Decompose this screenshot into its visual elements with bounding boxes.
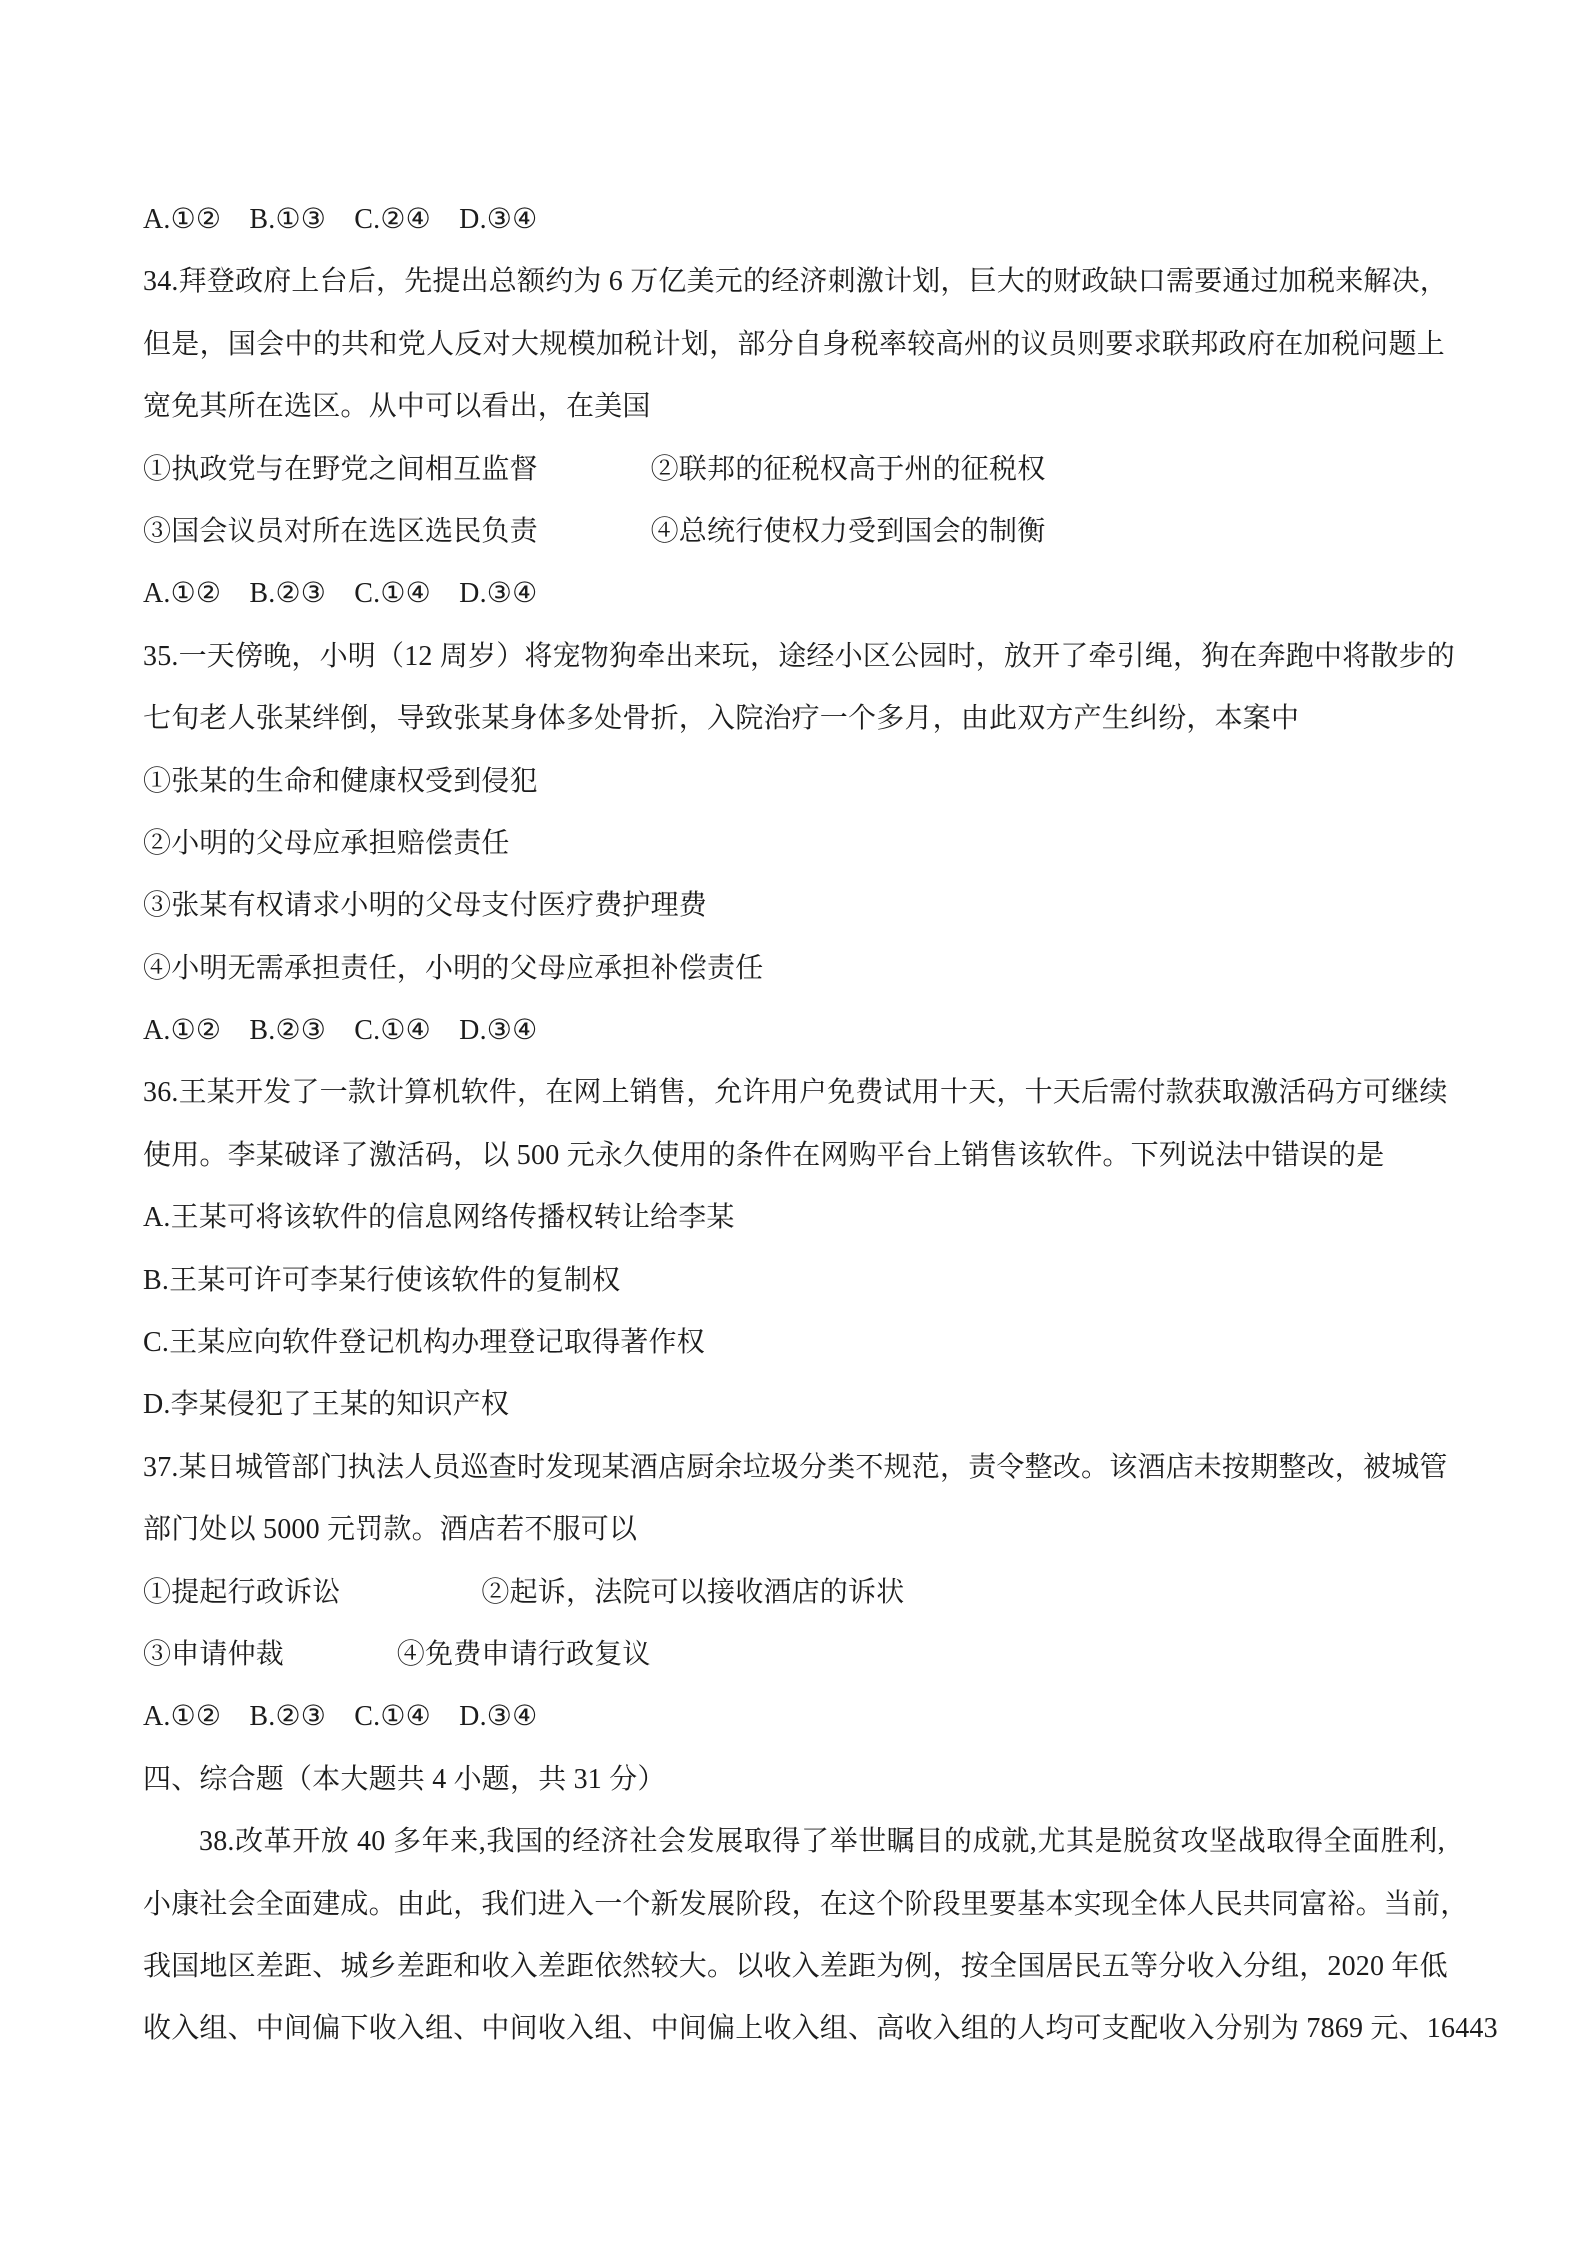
q37-choices-line: A.①② B.②③ C.①④ D.③④ xyxy=(143,1686,1445,1748)
q38-stem-line-4: 收入组、中间偏下收入组、中间收入组、中间偏上收入组、高收入组的人均可支配收入分别… xyxy=(143,1998,1445,2060)
q38-stem-line-2: 小康社会全面建成。由此，我们进入一个新发展阶段，在这个阶段里要基本实现全体人民共… xyxy=(143,1874,1445,1936)
q38-stem-line-3: 我国地区差距、城乡差距和收入差距依然较大。以收入差距为例，按全国居民五等分收入分… xyxy=(143,1936,1445,1998)
q34-choices-line: A.①② B.②③ C.①④ D.③④ xyxy=(143,563,1445,625)
q36-option-d: D.李某侵犯了王某的知识产权 xyxy=(143,1374,1445,1436)
q37-stem-line-1: 37.某日城管部门执法人员巡查时发现某酒店厨余垃圾分类不规范，责令整改。该酒店未… xyxy=(143,1437,1445,1499)
q36-stem-line-1: 36.王某开发了一款计算机软件，在网上销售，允许用户免费试用十天，十天后需付款获… xyxy=(143,1062,1445,1124)
q35-choices-line: A.①② B.②③ C.①④ D.③④ xyxy=(143,1000,1445,1062)
q34-items-3-4: ③国会议员对所在选区选民负责 ④总统行使权力受到国会的制衡 xyxy=(143,501,1445,563)
q38-stem-line-1: 38.改革开放 40 多年来,我国的经济社会发展取得了举世瞩目的成就,尤其是脱贫… xyxy=(143,1811,1445,1873)
q37-items-1-2: ①提起行政诉讼 ②起诉，法院可以接收酒店的诉状 xyxy=(143,1562,1445,1624)
q34-stem-line-2: 但是，国会中的共和党人反对大规模加税计划，部分自身税率较高州的议员则要求联邦政府… xyxy=(143,314,1445,376)
q35-item-1: ①张某的生命和健康权受到侵犯 xyxy=(143,751,1445,813)
q33-choices-line: A.①② B.①③ C.②④ D.③④ xyxy=(143,189,1445,251)
q35-item-4: ④小明无需承担责任，小明的父母应承担补偿责任 xyxy=(143,938,1445,1000)
q37-stem-line-2: 部门处以 5000 元罚款。酒店若不服可以 xyxy=(143,1499,1445,1561)
q36-option-b: B.王某可许可李某行使该软件的复制权 xyxy=(143,1250,1445,1312)
page-content: A.①② B.①③ C.②④ D.③④ 34.拜登政府上台后，先提出总额约为 6… xyxy=(143,189,1445,2061)
section-4-header: 四、综合题（本大题共 4 小题，共 31 分） xyxy=(143,1749,1445,1811)
q36-option-a: A.王某可将该软件的信息网络传播权转让给李某 xyxy=(143,1187,1445,1249)
q34-stem-line-1: 34.拜登政府上台后，先提出总额约为 6 万亿美元的经济刺激计划，巨大的财政缺口… xyxy=(143,251,1445,313)
exam-page: A.①② B.①③ C.②④ D.③④ 34.拜登政府上台后，先提出总额约为 6… xyxy=(0,0,1587,2245)
q35-item-2: ②小明的父母应承担赔偿责任 xyxy=(143,813,1445,875)
q35-stem-line-2: 七旬老人张某绊倒，导致张某身体多处骨折，入院治疗一个多月，由此双方产生纠纷，本案… xyxy=(143,688,1445,750)
q34-stem-line-3: 宽免其所在选区。从中可以看出，在美国 xyxy=(143,376,1445,438)
q36-option-c: C.王某应向软件登记机构办理登记取得著作权 xyxy=(143,1312,1445,1374)
q37-items-3-4: ③申请仲裁 ④免费申请行政复议 xyxy=(143,1624,1445,1686)
q36-stem-line-2: 使用。李某破译了激活码，以 500 元永久使用的条件在网购平台上销售该软件。下列… xyxy=(143,1125,1445,1187)
q35-stem-line-1: 35.一天傍晚，小明（12 周岁）将宠物狗牵出来玩，途经小区公园时，放开了牵引绳… xyxy=(143,626,1445,688)
q34-items-1-2: ①执政党与在野党之间相互监督 ②联邦的征税权高于州的征税权 xyxy=(143,439,1445,501)
q35-item-3: ③张某有权请求小明的父母支付医疗费护理费 xyxy=(143,875,1445,937)
